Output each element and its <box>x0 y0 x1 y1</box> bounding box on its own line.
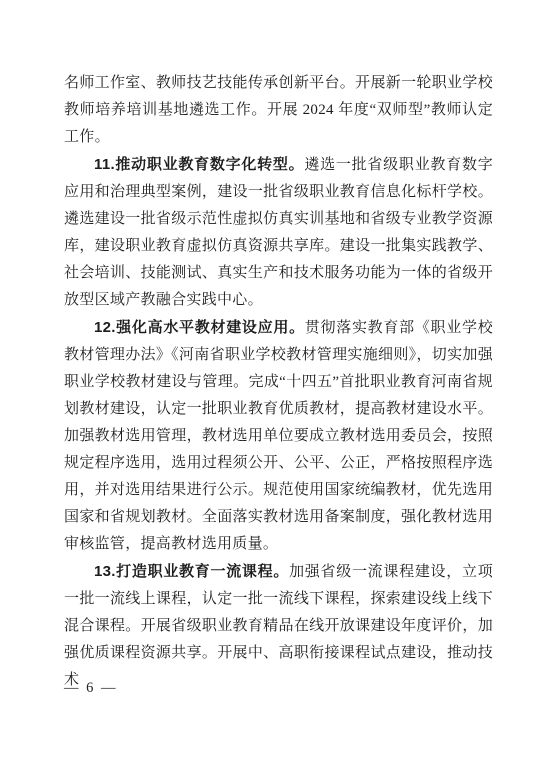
document-page: 名师工作室、教师技艺技能传承创新平台。开展新一轮职业学校教师培养培训基地遴选工作… <box>0 0 550 777</box>
document-body: 名师工作室、教师技艺技能传承创新平台。开展新一轮职业学校教师培养培训基地遴选工作… <box>64 70 493 694</box>
page-number: — 6 — <box>64 680 118 697</box>
paragraph-text: 加强省级一流课程建设，立项一批一流线上课程，认定一批一流线下课程，探索建设线上线… <box>64 564 493 688</box>
paragraph-lead: 11.推动职业教育数字化转型。 <box>94 156 304 173</box>
paragraph: 名师工作室、教师技艺技能传承创新平台。开展新一轮职业学校教师培养培训基地遴选工作… <box>64 70 493 151</box>
paragraph: 12.强化高水平教材建设应用。贯彻落实教育部《职业学校教材管理办法》《河南省职业… <box>64 314 493 558</box>
paragraph: 11.推动职业教育数字化转型。遴选一批省级职业教育数字应用和治理典型案例，建设一… <box>64 151 493 314</box>
paragraph-lead: 12.强化高水平教材建设应用。 <box>94 319 305 336</box>
paragraph-text: 贯彻落实教育部《职业学校教材管理办法》《河南省职业学校教材管理实施细则》，切实加… <box>64 320 493 552</box>
paragraph-text: 遴选一批省级职业教育数字应用和治理典型案例，建设一批省级职业教育信息化标杆学校。… <box>64 157 493 308</box>
paragraph-text: 名师工作室、教师技艺技能传承创新平台。开展新一轮职业学校教师培养培训基地遴选工作… <box>64 75 493 145</box>
paragraph-lead: 13.打造职业教育一流课程。 <box>94 563 289 580</box>
paragraph: 13.打造职业教育一流课程。加强省级一流课程建设，立项一批一流线上课程，认定一批… <box>64 558 493 694</box>
